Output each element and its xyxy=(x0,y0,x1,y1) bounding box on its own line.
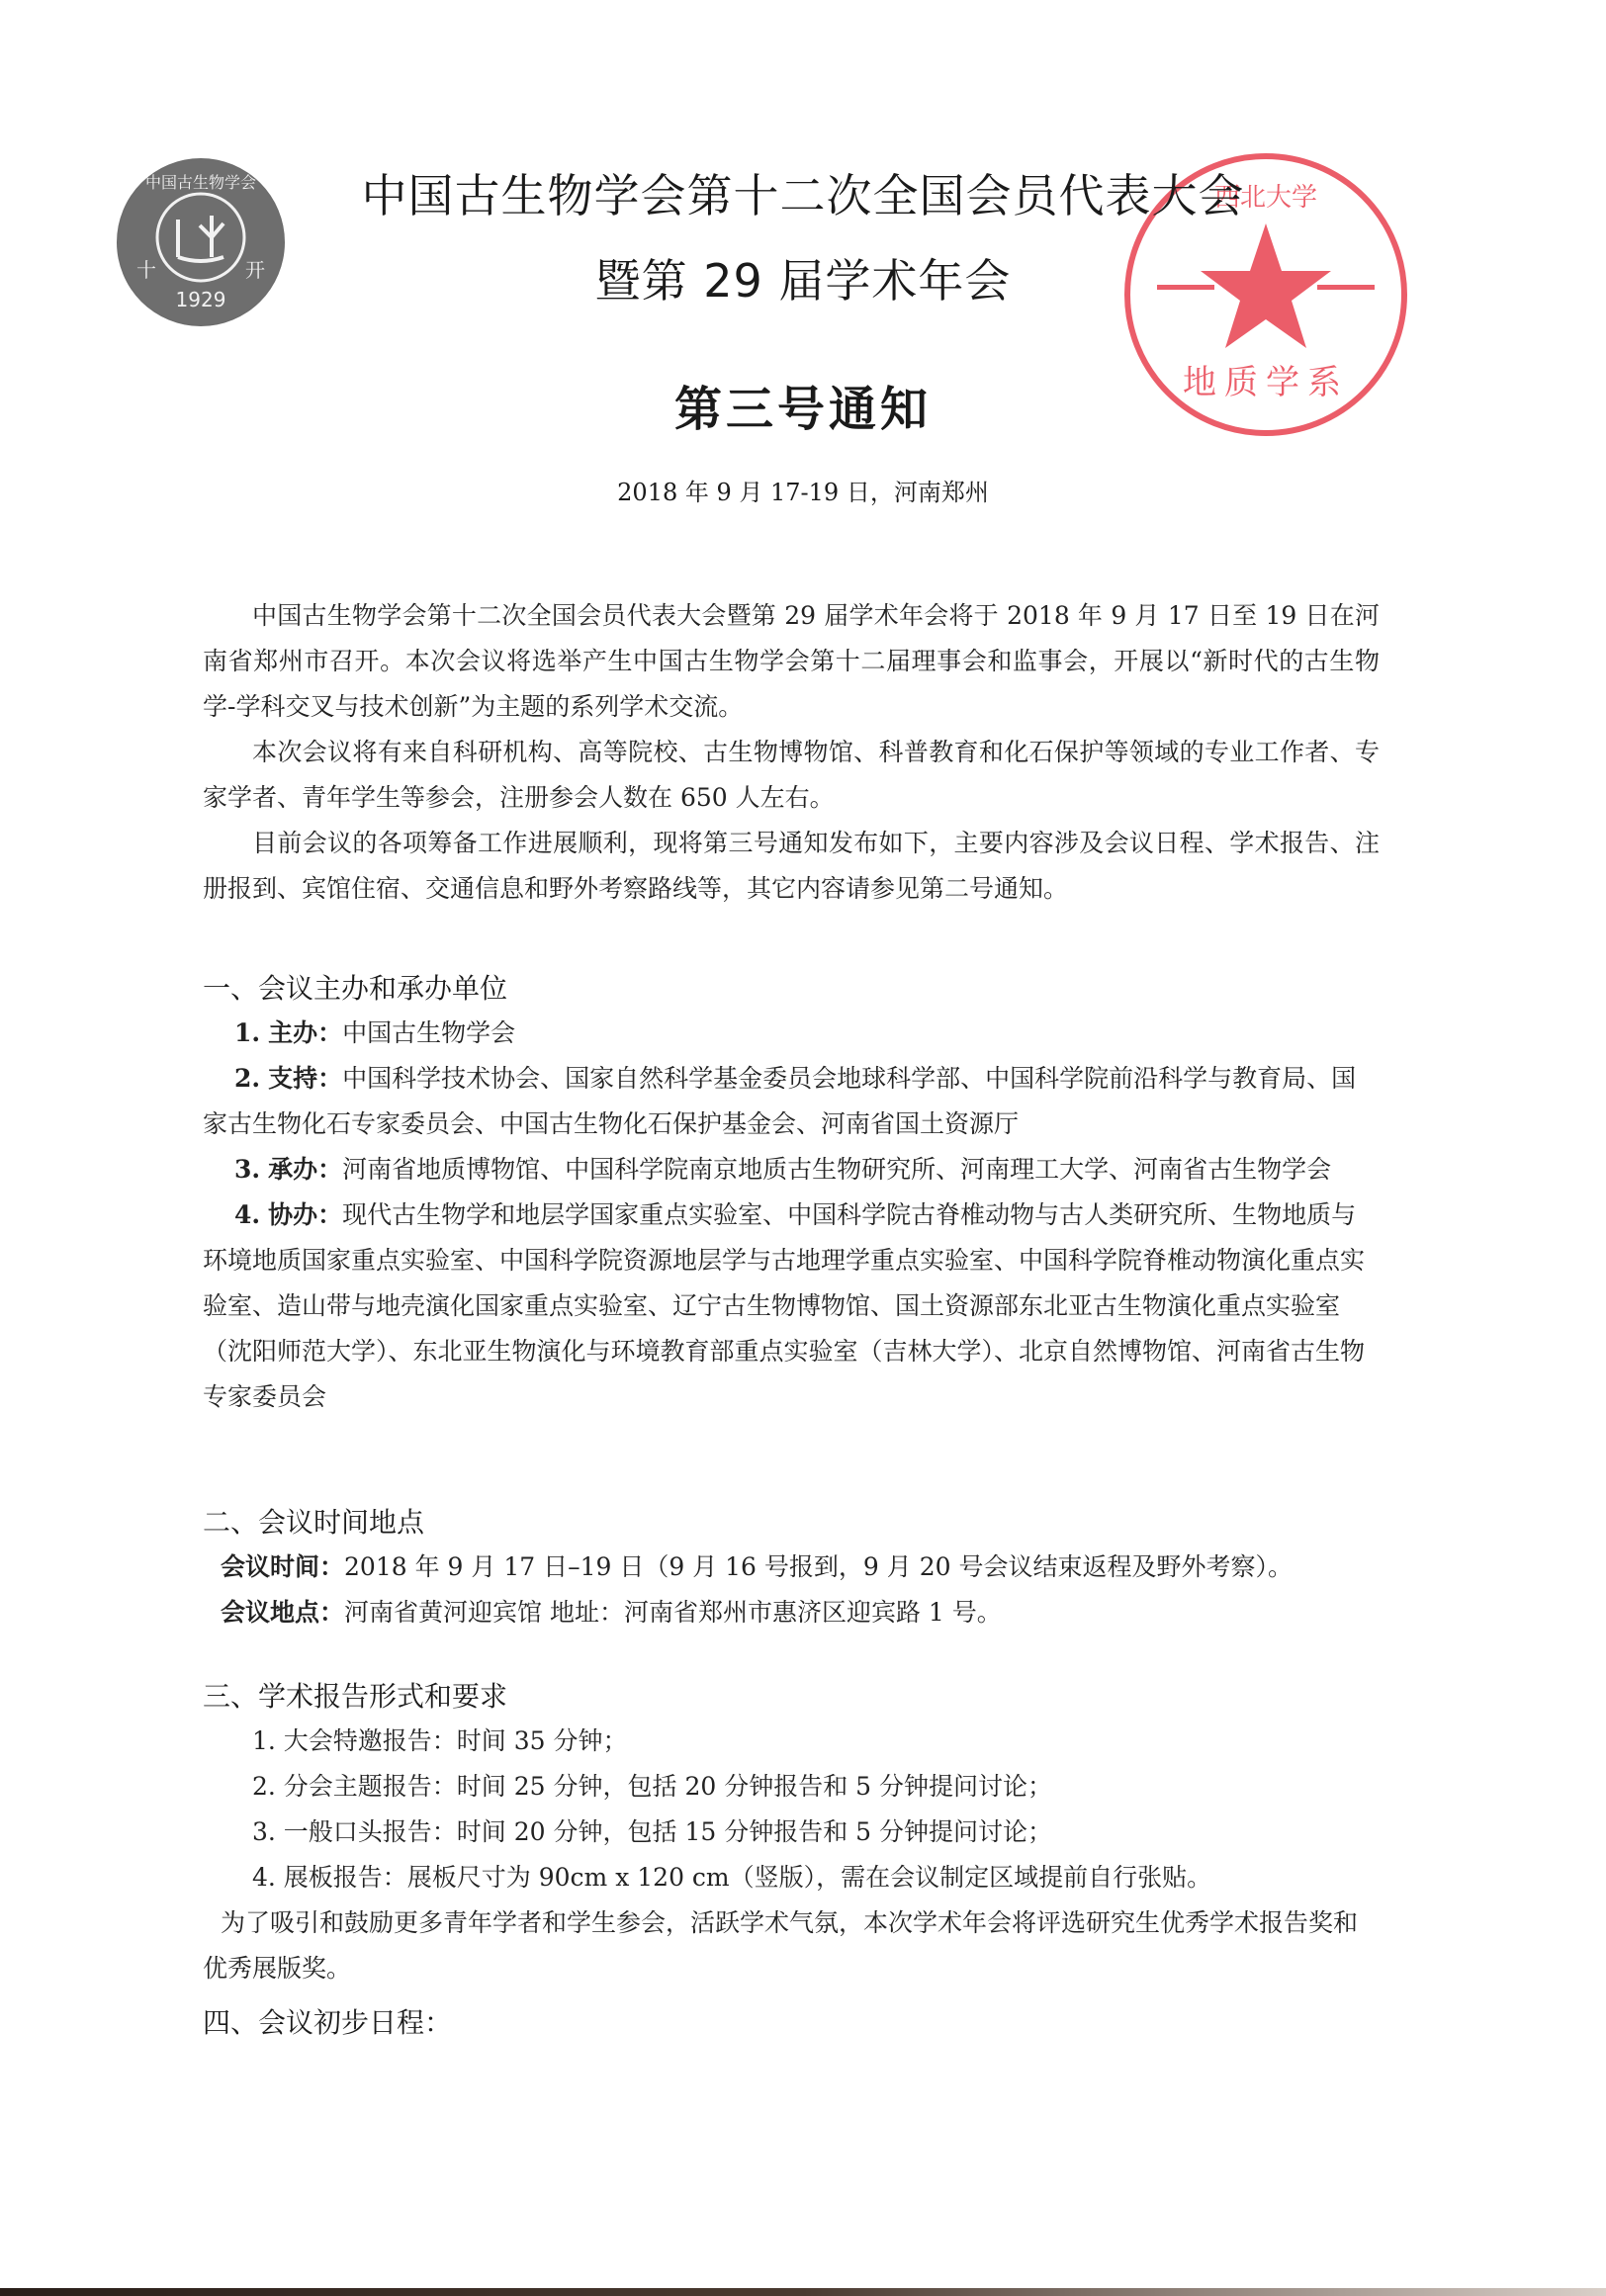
meeting-time: 会议时间：2018 年 9 月 17 日–19 日（9 月 16 号报到，9 月… xyxy=(203,1545,1380,1590)
intro-paragraph: 中国古生物学会第十二次全国会员代表大会暨第 29 届学术年会将于 2018 年 … xyxy=(203,593,1380,730)
organizer-item-undertaker: 3. 承办：河南省地质博物馆、中国科学院南京地质古生物研究所、河南理工大学、河南… xyxy=(203,1147,1380,1192)
section-heading-organizers: 一、会议主办和承办单位 xyxy=(203,967,507,1007)
item-number: 1. xyxy=(234,1018,260,1047)
item-label: 协办： xyxy=(268,1200,342,1229)
time-place-block: 会议时间：2018 年 9 月 17 日–19 日（9 月 16 号报到，9 月… xyxy=(203,1545,1380,1635)
section-heading-time-place: 二、会议时间地点 xyxy=(203,1501,424,1541)
meeting-place-text: 河南省黄河迎宾馆 地址：河南省郑州市惠济区迎宾路 1 号。 xyxy=(344,1598,1002,1627)
document-page: 1929 十 开 中国古生物学会 西北大学 地质学系 中国古生物学会第十二次全国… xyxy=(0,0,1606,2296)
item-label: 主办： xyxy=(268,1018,342,1047)
intro-paragraph: 本次会议将有来自科研机构、高等院校、古生物博物馆、科普教育和化石保护等领域的专业… xyxy=(203,730,1380,821)
item-label: 承办： xyxy=(268,1155,342,1184)
item-label: 支持： xyxy=(268,1064,342,1093)
organizer-item-support: 2. 支持：中国科学技术协会、国家自然科学基金委员会地球科学部、中国科学院前沿科… xyxy=(203,1056,1380,1147)
conference-title-line2: 暨第 29 届学术年会 xyxy=(0,245,1606,310)
date-location: 2018 年 9 月 17-19 日，河南郑州 xyxy=(0,473,1606,507)
item-text: 现代古生物学和地层学国家重点实验室、中国科学院古脊椎动物与古人类研究所、生物地质… xyxy=(203,1200,1365,1411)
organizer-item-co-organizer: 4. 协办：现代古生物学和地层学国家重点实验室、中国科学院古脊椎动物与古人类研究… xyxy=(203,1192,1380,1420)
report-format-item: 2. 分会主题报告：时间 25 分钟，包括 20 分钟报告和 5 分钟提问讨论； xyxy=(203,1764,1380,1810)
organizers-list: 1. 主办：中国古生物学会 2. 支持：中国科学技术协会、国家自然科学基金委员会… xyxy=(203,1011,1380,1420)
award-note: 为了吸引和鼓励更多青年学者和学生参会，活跃学术气氛，本次学术年会将评选研究生优秀… xyxy=(203,1900,1380,1991)
meeting-place: 会议地点：河南省黄河迎宾馆 地址：河南省郑州市惠济区迎宾路 1 号。 xyxy=(203,1590,1380,1635)
section-heading-report-format: 三、学术报告形式和要求 xyxy=(203,1675,507,1715)
item-number: 2. xyxy=(234,1064,260,1093)
item-text: 中国古生物学会 xyxy=(342,1018,515,1047)
intro-section: 中国古生物学会第十二次全国会员代表大会暨第 29 届学术年会将于 2018 年 … xyxy=(203,593,1380,912)
meeting-time-text: 2018 年 9 月 17 日–19 日（9 月 16 号报到，9 月 20 号… xyxy=(344,1552,1293,1581)
meeting-place-label: 会议地点： xyxy=(221,1598,344,1627)
notice-title: 第三号通知 xyxy=(0,371,1606,439)
item-text: 中国科学技术协会、国家自然科学基金委员会地球科学部、中国科学院前沿科学与教育局、… xyxy=(203,1064,1356,1138)
scan-edge-divider xyxy=(0,2288,1606,2296)
intro-paragraph: 目前会议的各项筹备工作进展顺利，现将第三号通知发布如下，主要内容涉及会议日程、学… xyxy=(203,821,1380,912)
conference-title-line1: 中国古生物学会第十二次全国会员代表大会 xyxy=(0,160,1606,225)
report-format-item: 4. 展板报告：展板尺寸为 90cm x 120 cm（竖版），需在会议制定区域… xyxy=(203,1855,1380,1900)
meeting-time-label: 会议时间： xyxy=(221,1552,344,1581)
item-text: 河南省地质博物馆、中国科学院南京地质古生物研究所、河南理工大学、河南省古生物学会 xyxy=(342,1155,1331,1184)
item-number: 4. xyxy=(234,1200,260,1229)
report-format-item: 1. 大会特邀报告：时间 35 分钟； xyxy=(203,1719,1380,1764)
report-format-item: 3. 一般口头报告：时间 20 分钟，包括 15 分钟报告和 5 分钟提问讨论； xyxy=(203,1810,1380,1855)
section-heading-schedule: 四、会议初步日程： xyxy=(203,2001,452,2041)
report-format-list: 1. 大会特邀报告：时间 35 分钟； 2. 分会主题报告：时间 25 分钟，包… xyxy=(203,1719,1380,1991)
item-number: 3. xyxy=(234,1155,260,1184)
organizer-item-host: 1. 主办：中国古生物学会 xyxy=(203,1011,1380,1056)
